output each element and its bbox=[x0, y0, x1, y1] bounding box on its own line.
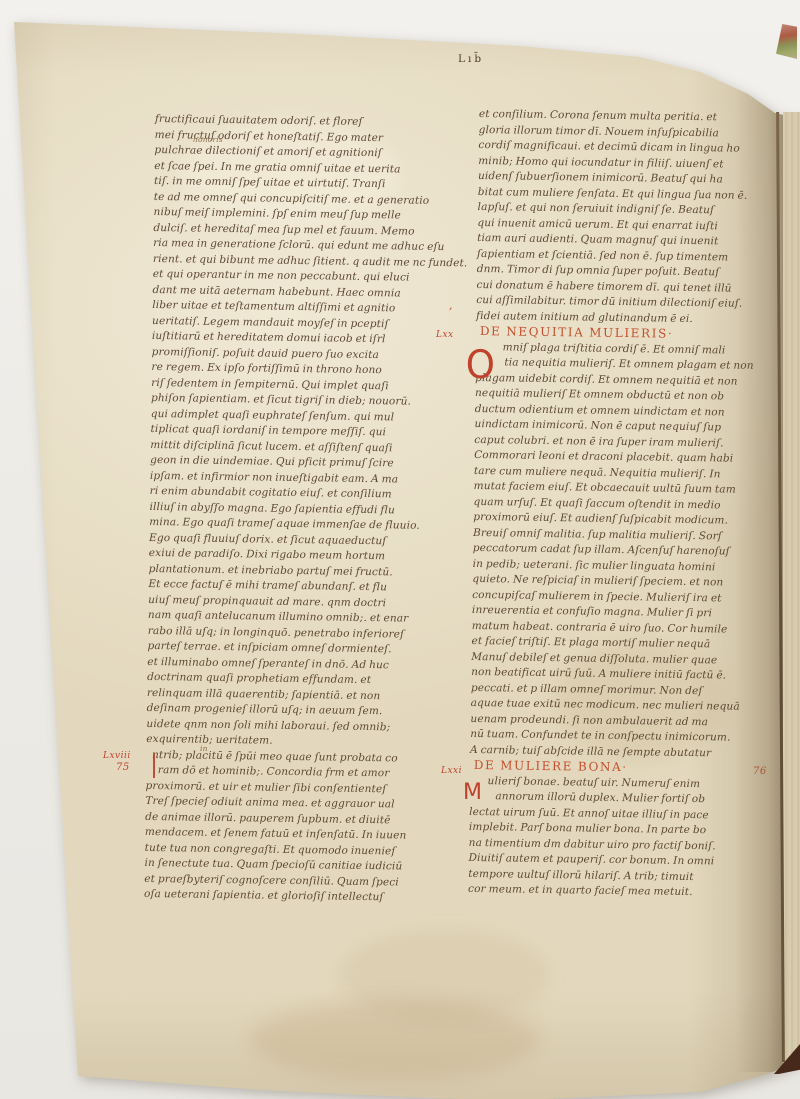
rubricated-initial-i: I bbox=[151, 750, 157, 784]
left-text-column: fructificaui ſuauitatem odoriſ. et flore… bbox=[144, 112, 467, 907]
photograph-backdrop: Lıb̄ fructificaui ſuauitatem odoriſ. et … bbox=[0, 0, 800, 1099]
book-page-edges bbox=[783, 112, 800, 1062]
margin-chapter-number-arabic: 75 bbox=[116, 762, 130, 773]
folio-mark: Lıb̄ bbox=[458, 53, 484, 65]
page-shadow-wrapper: Lıb̄ fructificaui ſuauitatem odoriſ. et … bbox=[0, 0, 800, 1099]
rubricated-initial-m: M bbox=[463, 782, 482, 804]
rubricated-initial-o: O bbox=[466, 346, 495, 385]
red-correction-mark: , bbox=[449, 299, 453, 312]
interlinear-gloss: in bbox=[200, 744, 208, 753]
right-text-column: et conſilium. Corona ſenum multa peritia… bbox=[468, 107, 779, 902]
gutter-chapter-number-roman-2: Lxxi bbox=[441, 766, 462, 776]
gutter-chapter-number-roman: Lxx bbox=[436, 330, 454, 340]
manuscript-text-line: cor meum. et in quarto facieſ mea metuit… bbox=[468, 882, 768, 902]
manuscript-text-line: oſa ueterani ſapientia. et glorioſiſ int… bbox=[144, 887, 456, 907]
interlinear-gloss: honoris bbox=[193, 135, 223, 144]
parchment-stain bbox=[340, 930, 550, 1020]
manuscript-page: Lıb̄ fructificaui ſuauitatem odoriſ. et … bbox=[0, 0, 800, 1099]
margin-chapter-number-roman: Lxviii bbox=[103, 751, 131, 761]
